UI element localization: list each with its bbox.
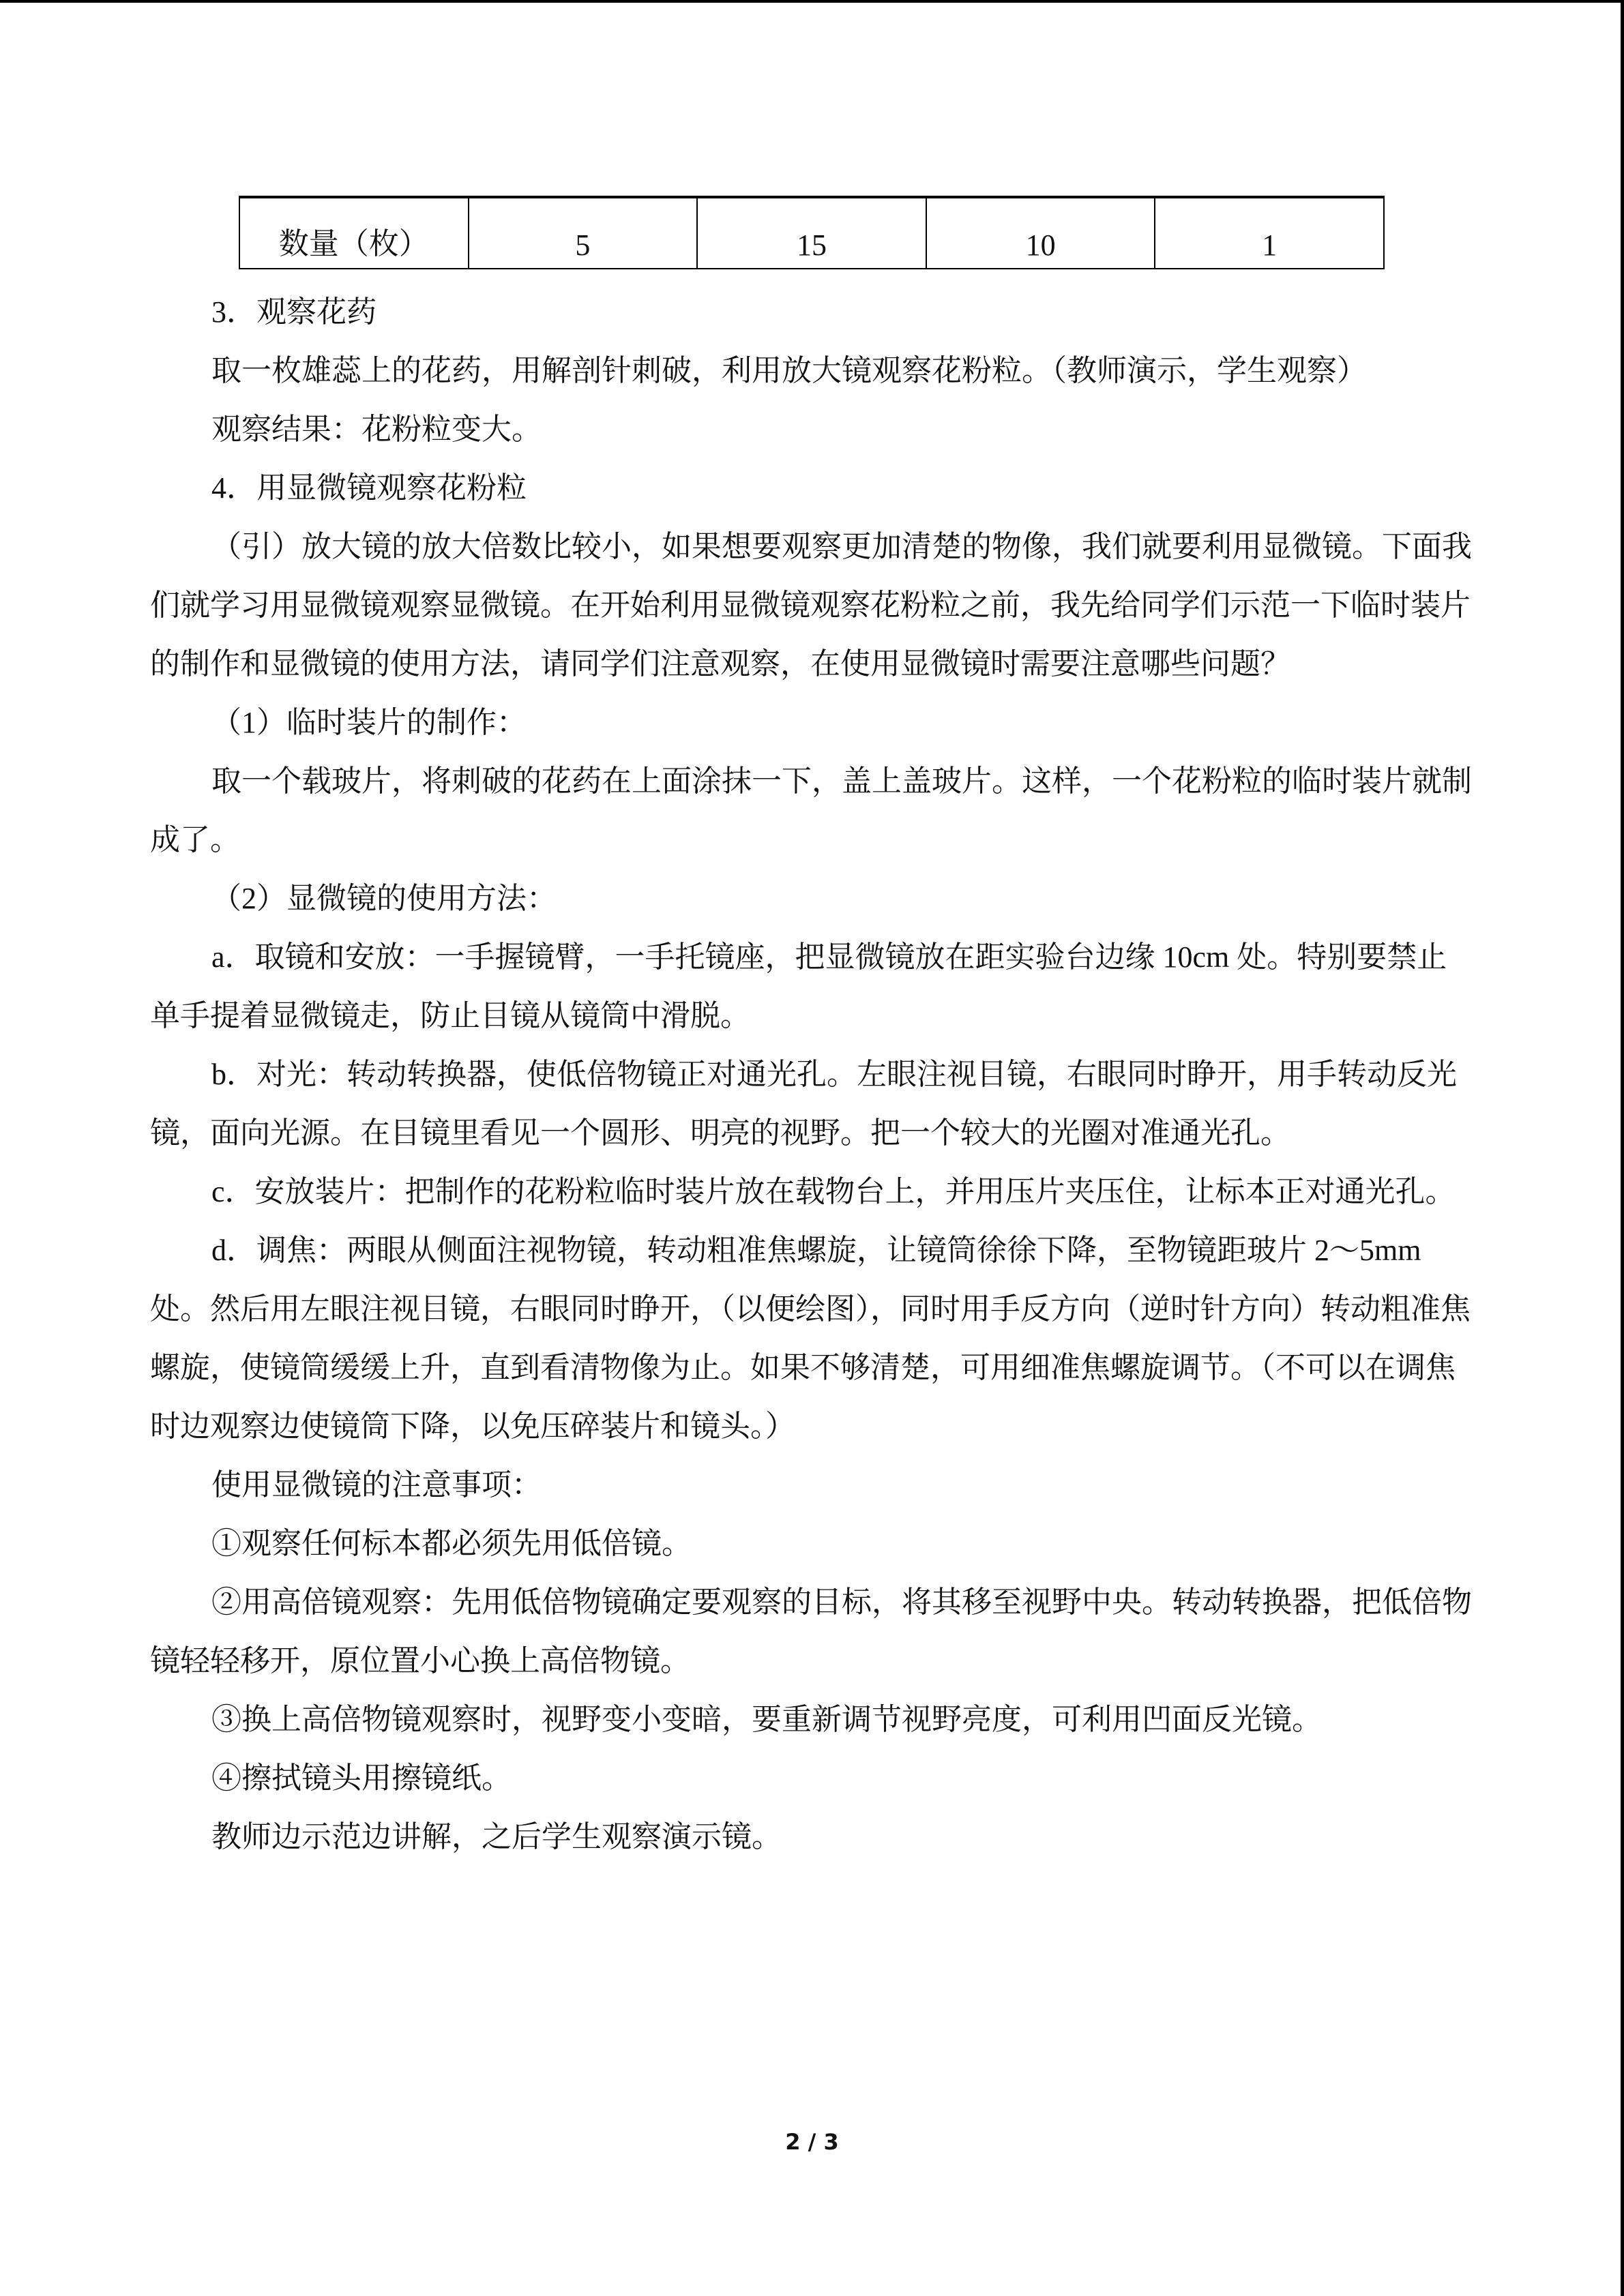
paragraph: b．对光：转动转换器，使低倍物镜正对通光孔。左眼注视目镜，右眼同时睁开，用手转动… xyxy=(150,1045,1473,1163)
subheading-temp-slide: （1）临时装片的制作： xyxy=(150,694,1473,752)
document-body: 3．观察花药 取一枚雄蕊上的花药，用解剖针刺破，利用放大镜观察花粉粒。（教师演示… xyxy=(150,283,1473,1866)
list-item: ③换上高倍物镜观察时，视野变小变暗，要重新调节视野亮度，可利用凹面反光镜。 xyxy=(150,1690,1473,1749)
paragraph: d．调焦：两眼从侧面注视物镜，转动粗准焦螺旋，让镜筒徐徐下降，至物镜距玻片 2～… xyxy=(150,1221,1473,1456)
subheading-precautions: 使用显微镜的注意事项： xyxy=(150,1456,1473,1515)
table-row-label: 数量（枚） xyxy=(239,197,469,269)
paragraph: 教师边示范边讲解，之后学生观察演示镜。 xyxy=(150,1808,1473,1866)
page-right-border xyxy=(1621,0,1624,2296)
table-row: 数量（枚） 5 15 10 1 xyxy=(239,197,1384,269)
list-item: ①观察任何标本都必须先用低倍镜。 xyxy=(150,1515,1473,1573)
table-cell: 10 xyxy=(926,197,1155,269)
subheading-microscope-usage: （2）显微镜的使用方法： xyxy=(150,869,1473,928)
paragraph: c．安放装片：把制作的花粉粒临时装片放在载物台上，并用压片夹压住，让标本正对通光… xyxy=(150,1163,1473,1221)
section-heading-observe-anther: 3．观察花药 xyxy=(150,283,1473,342)
page-top-border xyxy=(0,0,1624,3)
paragraph: 取一个载玻片，将刺破的花药在上面涂抹一下，盖上盖玻片。这样，一个花粉粒的临时装片… xyxy=(150,752,1473,869)
paragraph: a．取镜和安放：一手握镜臂，一手托镜座，把显微镜放在距实验台边缘 10cm 处。… xyxy=(150,928,1473,1045)
list-item: ②用高倍镜观察：先用低倍物镜确定要观察的目标，将其移至视野中央。转动转换器，把低… xyxy=(150,1573,1473,1690)
table-cell: 5 xyxy=(469,197,698,269)
table-cell: 1 xyxy=(1155,197,1384,269)
list-item: ④擦拭镜头用擦镜纸。 xyxy=(150,1749,1473,1808)
page-number: 2 / 3 xyxy=(0,2129,1624,2155)
paragraph: 观察结果：花粉粒变大。 xyxy=(150,400,1473,459)
table-cell: 15 xyxy=(697,197,926,269)
quantity-table: 数量（枚） 5 15 10 1 xyxy=(239,196,1385,269)
section-heading-microscope: 4．用显微镜观察花粉粒 xyxy=(150,459,1473,518)
paragraph: （引）放大镜的放大倍数比较小，如果想要观察更加清楚的物像，我们就要利用显微镜。下… xyxy=(150,518,1473,694)
paragraph: 取一枚雄蕊上的花药，用解剖针刺破，利用放大镜观察花粉粒。（教师演示，学生观察） xyxy=(150,342,1473,400)
